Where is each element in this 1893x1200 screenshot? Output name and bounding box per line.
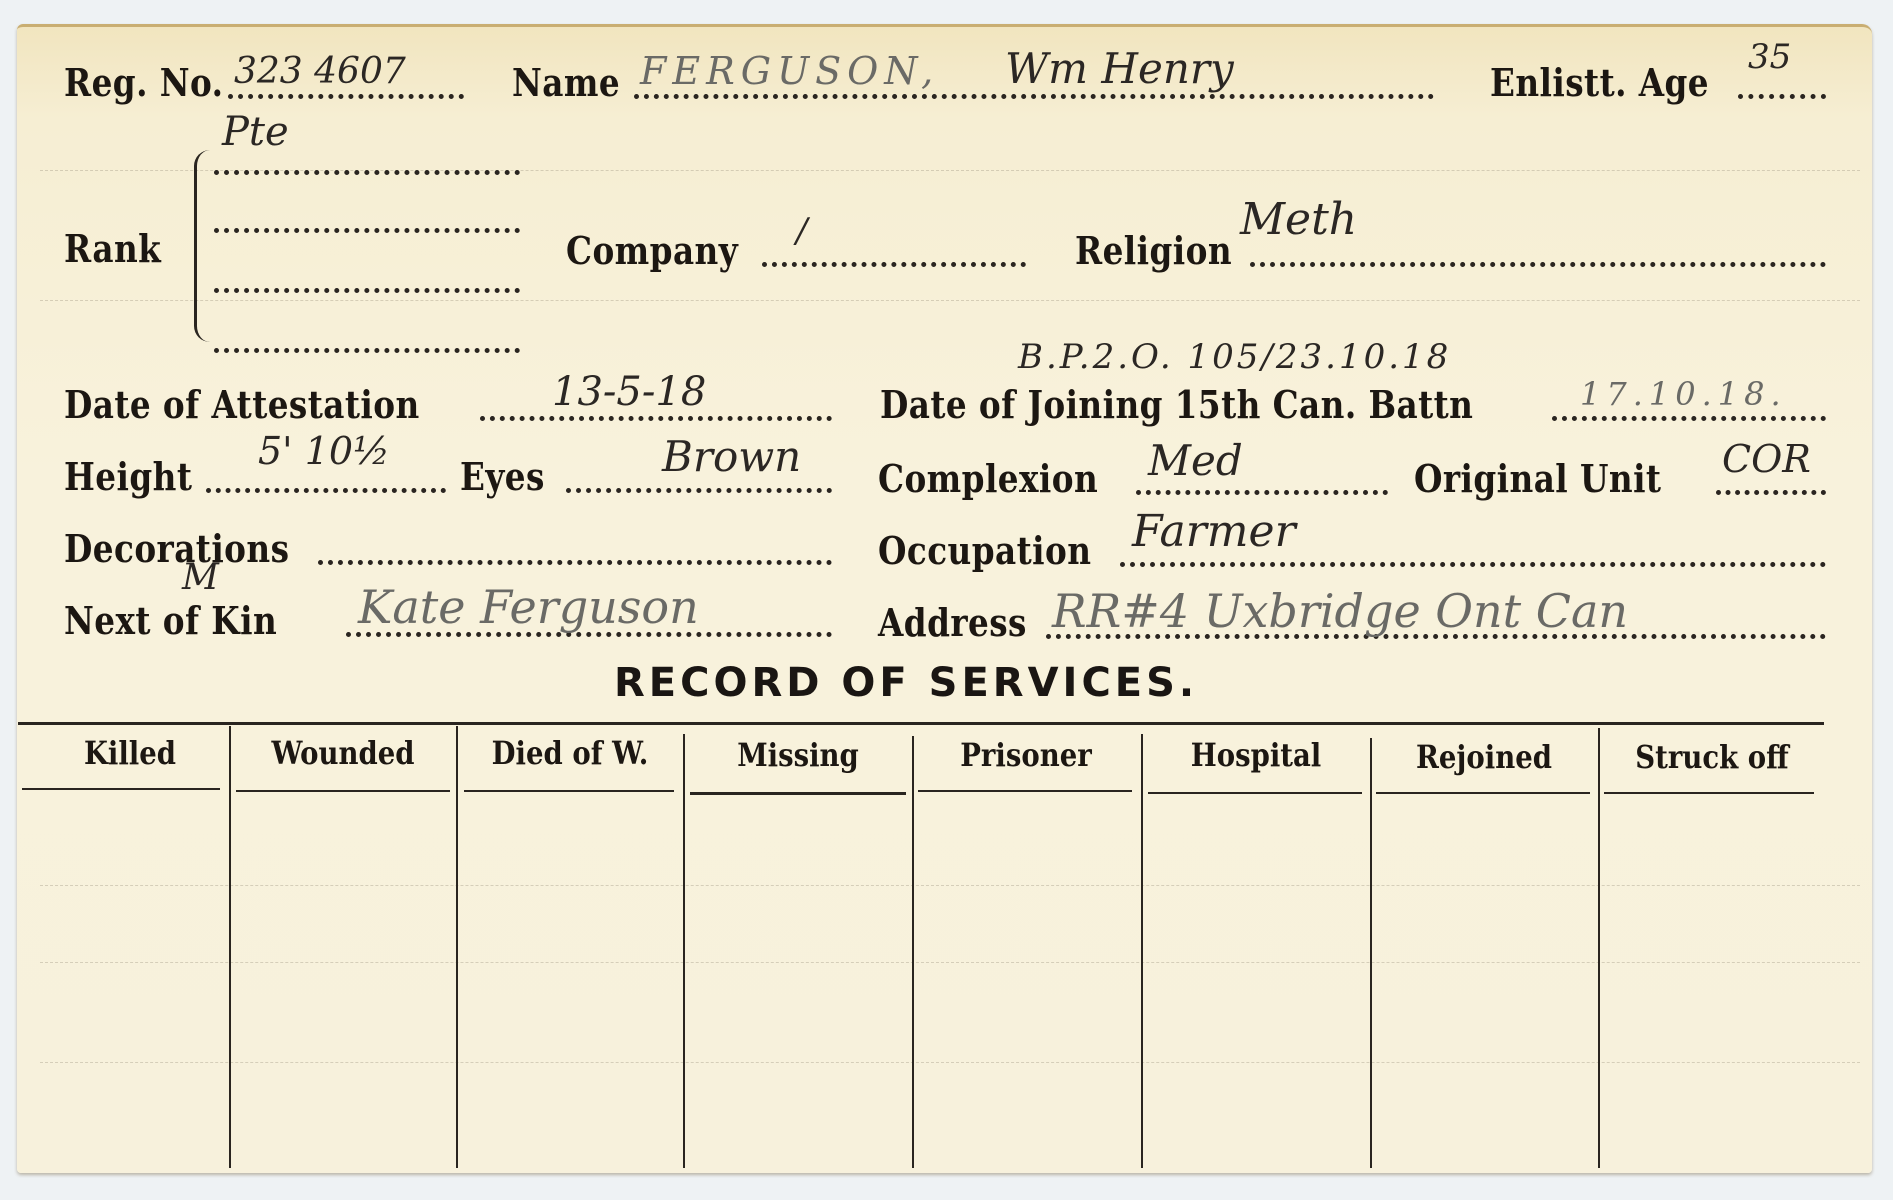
record-of-services-heading: RECORD OF SERVICES. xyxy=(614,660,1198,706)
complexion-label: Complexion xyxy=(878,460,1098,498)
rank-label: Rank xyxy=(64,230,161,268)
column-divider xyxy=(456,726,458,1168)
column-header-wounded: Wounded xyxy=(251,734,435,772)
decorations-line xyxy=(318,560,832,565)
column-divider xyxy=(1141,734,1143,1168)
occupation-label: Occupation xyxy=(878,532,1091,570)
column-header-underline xyxy=(1376,792,1590,794)
column-divider xyxy=(1598,728,1600,1168)
company-value[interactable]: / xyxy=(796,214,807,248)
column-divider xyxy=(912,736,914,1168)
rank-line-3 xyxy=(214,288,520,293)
column-header-missing: Missing xyxy=(705,736,891,774)
name-given-value[interactable]: Wm Henry xyxy=(1005,48,1234,90)
joining-date-label: Date of Joining 15th Can. Battn xyxy=(880,386,1473,424)
address-value[interactable]: RR#4 Uxbridge Ont Can xyxy=(1052,588,1628,634)
paper-ruling xyxy=(40,885,1860,886)
next-of-kin-label: Next of Kin xyxy=(64,602,277,640)
complexion-value[interactable]: Med xyxy=(1148,440,1243,482)
original-unit-line xyxy=(1716,490,1826,495)
religion-line xyxy=(1250,262,1826,267)
reg-no-line xyxy=(228,94,464,99)
column-header-died-of-wounds: Died of W. xyxy=(479,734,661,772)
reg-no-value[interactable]: 323 4607 xyxy=(234,54,406,90)
column-divider xyxy=(229,726,231,1168)
column-divider xyxy=(683,734,685,1168)
joining-date-line xyxy=(1552,416,1826,421)
enlist-age-line xyxy=(1738,94,1826,99)
decorations-label: Decorations xyxy=(64,530,289,568)
height-line xyxy=(206,488,446,493)
column-header-killed: Killed xyxy=(53,734,208,772)
paper-ruling xyxy=(40,962,1860,963)
column-header-underline xyxy=(918,790,1132,792)
column-header-underline xyxy=(22,788,220,790)
rank-line-2 xyxy=(214,228,520,233)
company-label: Company xyxy=(566,232,738,270)
column-header-underline xyxy=(1604,792,1814,794)
table-top-rule xyxy=(18,722,1824,725)
name-label: Name xyxy=(512,64,620,102)
address-label: Address xyxy=(878,604,1027,642)
column-header-hospital: Hospital xyxy=(1163,736,1349,774)
complexion-line xyxy=(1136,490,1388,495)
rank-value[interactable]: Pte xyxy=(222,112,289,152)
column-header-struck-off: Struck off xyxy=(1619,738,1805,776)
eyes-label: Eyes xyxy=(460,458,545,496)
column-header-underline xyxy=(464,790,674,792)
occupation-line xyxy=(1120,562,1826,567)
religion-value[interactable]: Meth xyxy=(1240,198,1357,242)
name-surname-value[interactable]: FERGUSON, xyxy=(640,52,939,90)
religion-label: Religion xyxy=(1075,232,1232,270)
original-unit-value[interactable]: COR xyxy=(1722,440,1811,478)
column-header-rejoined: Rejoined xyxy=(1391,738,1577,776)
battalion-order-annotation: B.P.2.O. 105/23.10.18 xyxy=(1018,340,1451,374)
column-header-underline xyxy=(236,790,450,792)
next-of-kin-relation: M xyxy=(182,560,219,596)
original-unit-label: Original Unit xyxy=(1414,460,1661,498)
next-of-kin-value[interactable]: Kate Ferguson xyxy=(358,584,699,630)
rank-line-1 xyxy=(214,170,520,175)
column-divider xyxy=(1370,738,1372,1168)
company-line xyxy=(762,262,1026,267)
height-label: Height xyxy=(64,458,192,496)
name-line xyxy=(634,94,1434,99)
paper-ruling xyxy=(40,1062,1860,1063)
column-header-prisoner: Prisoner xyxy=(933,736,1119,774)
reg-no-label: Reg. No. xyxy=(64,64,223,102)
joining-date-value[interactable]: 17.10.18. xyxy=(1580,378,1787,410)
attestation-label: Date of Attestation xyxy=(64,386,420,424)
enlist-age-value[interactable]: 35 xyxy=(1748,40,1791,74)
height-value[interactable]: 5' 10½ xyxy=(258,432,390,470)
enlist-age-label: Enlistt. Age xyxy=(1490,64,1709,102)
paper-ruling xyxy=(40,300,1860,301)
eyes-value[interactable]: Brown xyxy=(662,436,801,478)
attestation-value[interactable]: 13-5-18 xyxy=(552,372,706,412)
eyes-line xyxy=(566,488,832,493)
rank-line-4 xyxy=(214,348,520,353)
rank-brace xyxy=(194,266,215,342)
column-header-underline xyxy=(1148,792,1362,794)
column-header-underline xyxy=(690,792,906,795)
rank-brace xyxy=(194,150,215,270)
attestation-line xyxy=(480,416,832,421)
occupation-value[interactable]: Farmer xyxy=(1132,510,1296,554)
